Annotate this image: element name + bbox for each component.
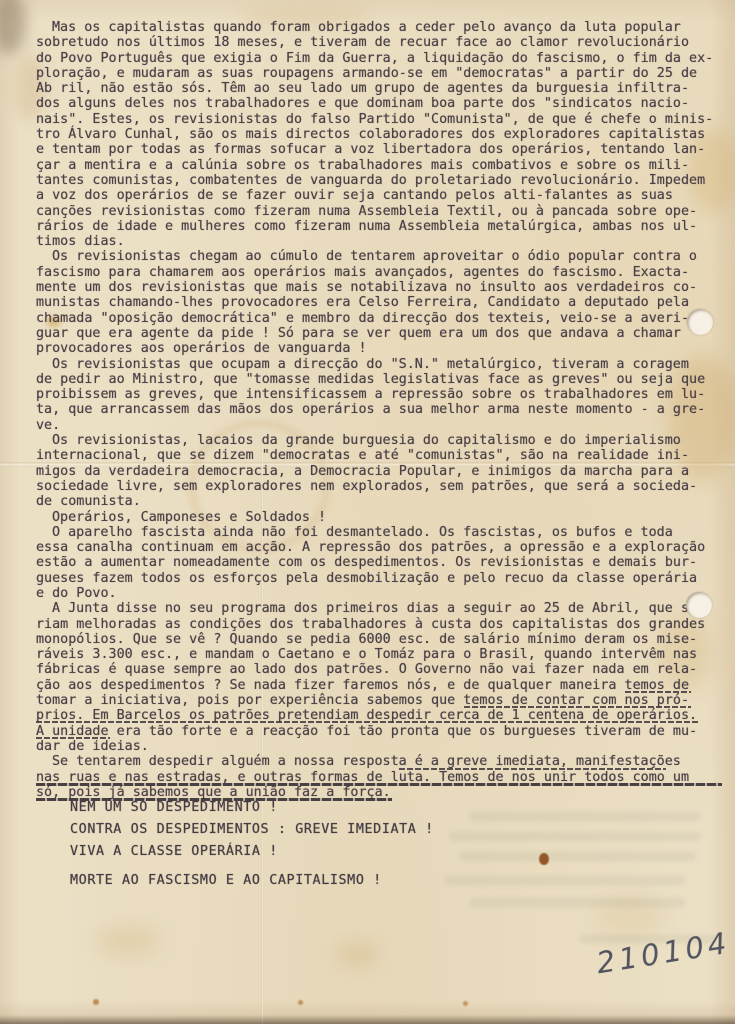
page-corner-shadow <box>0 0 26 54</box>
rust-spot <box>298 1000 303 1005</box>
paper-stain <box>96 925 158 957</box>
bleed-through-text <box>460 852 695 861</box>
bleed-through-text <box>445 876 685 885</box>
rust-spot <box>463 1001 468 1006</box>
underline-mark <box>464 706 691 708</box>
page-bottom-edge <box>0 1015 735 1024</box>
slogan-line: NEM UM SÓ DESPEDIMENTO ! <box>70 801 434 815</box>
paragraph-6: O aparelho fascista ainda não foi desman… <box>36 525 726 601</box>
bleed-through-text <box>470 812 700 821</box>
paragraph-3: Os revisionistas que ocupam a direcção d… <box>36 357 726 433</box>
underline-mark <box>625 691 691 693</box>
bleed-through-text <box>470 898 685 907</box>
underline-mark <box>36 783 722 786</box>
underline-mark <box>399 768 666 770</box>
underline-mark <box>36 721 700 723</box>
slogan-line: VIVA A CLASSE OPERÁRIA ! <box>70 845 434 859</box>
paragraph-2: Os revisionistas chegam ao cúmulo de ten… <box>36 249 726 356</box>
rust-spot <box>93 999 99 1005</box>
paper-stain <box>335 942 379 966</box>
paragraph-4: Os revisionistas, lacaios da grande burg… <box>36 433 726 509</box>
paragraph-7: A Junta disse no seu programa dos primei… <box>36 601 726 754</box>
punch-hole <box>686 592 712 618</box>
paragraph-8: Se tentarem despedir alguém a nossa resp… <box>36 754 726 800</box>
slogan-line: CONTRA OS DESPEDIMENTOS : GREVE IMEDIATA… <box>70 823 434 837</box>
leaflet-body-text: Mas os capitalistas quando foram obrigad… <box>36 20 726 800</box>
bleed-through-text <box>450 832 700 841</box>
underline-mark <box>36 737 110 739</box>
paragraph-5: Operários, Camponeses e Soldados ! <box>36 510 726 525</box>
handwritten-number: 210104 <box>594 926 732 981</box>
slogan-block: NEM UM SÓ DESPEDIMENTO ! CONTRA OS DESPE… <box>70 801 434 896</box>
scanned-leaflet-page: Mas os capitalistas quando foram obrigad… <box>0 0 735 1024</box>
slogan-line: MORTE AO FASCISMO E AO CAPITALISMO ! <box>70 874 434 888</box>
punch-hole <box>687 309 713 335</box>
paragraph-1: Mas os capitalistas quando foram obrigad… <box>36 20 726 249</box>
